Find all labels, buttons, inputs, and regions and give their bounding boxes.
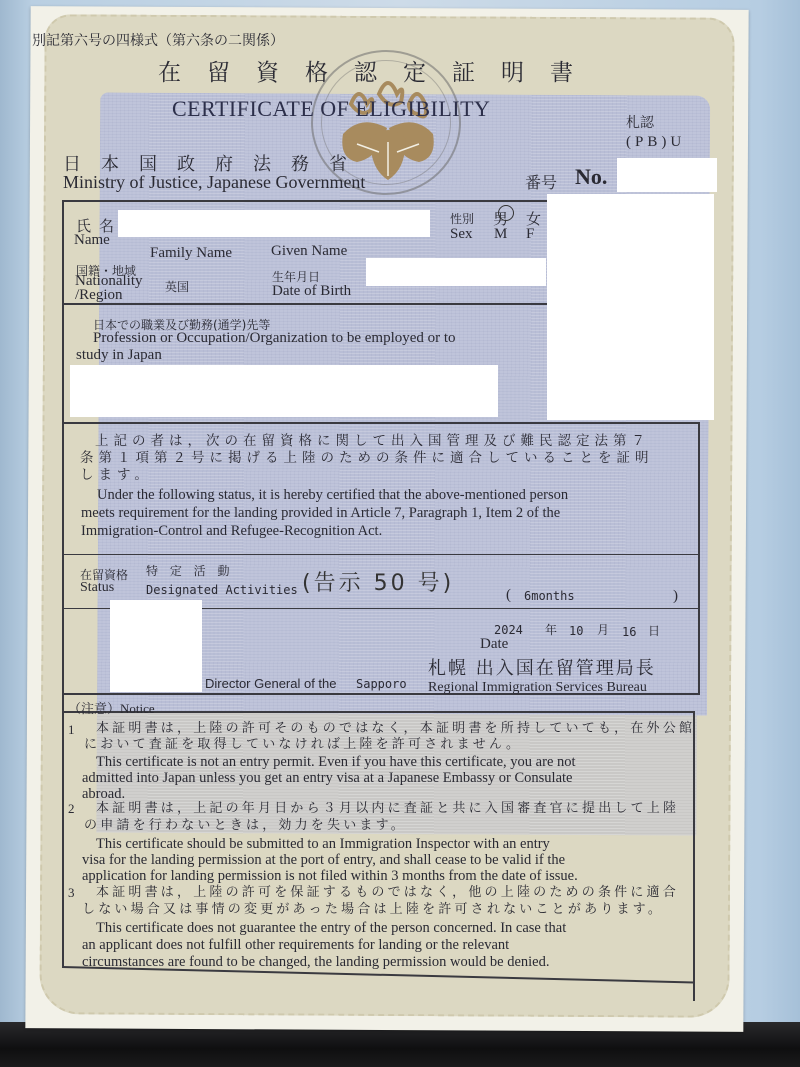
- divider-occupation: [62, 422, 700, 424]
- given-name-label: Given Name: [271, 243, 347, 260]
- notice-heading: （注意）Notice: [68, 698, 155, 717]
- status-label: Status: [80, 580, 114, 596]
- sex-option-female: F: [526, 226, 534, 243]
- period-open: (: [506, 587, 511, 604]
- notice-item-2-jp-2: の申請を行わないときは，効力を失います。: [84, 818, 407, 834]
- notice-item-1-jp-1: 本証明書は，上陸の許可そのものではなく，本証明書を所持していても，在外公館: [96, 721, 695, 737]
- notice-item-3-en-1: This certificate does not guarantee the …: [96, 920, 566, 936]
- issuer-code: (PB)U: [626, 134, 685, 151]
- certificate-number-redacted: [617, 158, 717, 192]
- sex-label: Sex: [450, 226, 473, 243]
- notice-item-1-number: 1: [68, 722, 75, 738]
- issue-month-label: 月: [597, 621, 609, 638]
- period-value: 6months: [524, 589, 575, 603]
- box-border-right: [698, 422, 700, 694]
- notice-item-2-number: 2: [68, 801, 75, 817]
- notice-border-top: [62, 711, 694, 713]
- divider-certification: [62, 554, 700, 555]
- issue-day-label: 日: [648, 622, 660, 639]
- notice-item-2-en-1: This certificate should be submitted to …: [96, 836, 550, 852]
- region-label: /Region: [75, 287, 123, 304]
- divider-personal: [62, 303, 548, 305]
- occupation-label: Profession or Occupation/Organization to…: [93, 330, 456, 347]
- notice-number: (告示 50 号): [302, 566, 454, 597]
- name-redacted: [118, 210, 430, 237]
- sex-option-male: M: [494, 226, 507, 243]
- signature-redacted: [110, 600, 202, 692]
- sex-label-jp: 性別: [450, 210, 474, 227]
- status-value-jp: 特 定 活 動: [146, 562, 233, 579]
- notice-item-3-en-2: an applicant does not fulfill other requ…: [82, 937, 509, 953]
- certification-jp-line-3: します。: [80, 467, 153, 484]
- notice-item-1-en-3: abroad.: [82, 786, 125, 802]
- box-border-top: [62, 200, 548, 202]
- ministry-english: Ministry of Justice, Japanese Government: [63, 172, 365, 193]
- notice-border-right: [693, 711, 695, 1001]
- notice-item-2-en-3: application for landing permission is no…: [82, 868, 578, 884]
- issuer-code-jp: 札認: [626, 112, 654, 132]
- notice-item-3-jp-1: 本証明書は，上陸の許可を保証するものではなく，他の上陸のための条件に適合: [96, 885, 679, 901]
- city-label: Sapporo: [356, 677, 407, 691]
- nationality-value: 英国: [165, 278, 189, 295]
- form-code: 別記第六号の四様式（第六条の二関係）: [32, 30, 284, 50]
- status-value: Designated Activities: [146, 583, 298, 597]
- photo-redacted: [547, 194, 714, 420]
- notice-item-2-jp-1: 本証明書は，上記の年月日から３月以内に査証と共に入国審査官に提出して上陸: [96, 801, 679, 817]
- issue-year: 2024: [494, 623, 523, 637]
- bureau-label: Regional Immigration Services Bureau: [428, 680, 647, 696]
- certification-jp-line-2: 条第１項第２号に掲げる上陸のための条件に適合していることを証明: [80, 450, 654, 467]
- certification-en-line-3: Immigration-Control and Refugee-Recognit…: [81, 522, 382, 540]
- dob-redacted: [366, 258, 546, 286]
- certification-en-line-2: meets requirement for the landing provid…: [81, 504, 560, 522]
- notice-item-1-en-2: admitted into Japan unless you get an en…: [82, 770, 572, 786]
- notice-item-3-number: 3: [68, 885, 75, 901]
- certification-en-line-1: Under the following status, it is hereby…: [97, 486, 568, 504]
- date-label: Date: [480, 636, 508, 653]
- notice-item-1-jp-2: において査証を取得していなければ上陸を許可されません。: [84, 737, 522, 753]
- certification-jp-line-1: 上記の者は，次の在留資格に関して出入国管理及び難民認定法第７: [95, 433, 650, 450]
- name-label: Name: [74, 232, 110, 249]
- title-english: CERTIFICATE OF ELIGIBILITY: [172, 96, 490, 122]
- family-name-label: Family Name: [150, 245, 232, 262]
- issue-day: 16: [622, 625, 636, 639]
- occupation-label-cont: study in Japan: [76, 347, 162, 364]
- number-label: No.: [575, 164, 607, 190]
- director-label: Director General of the: [205, 676, 337, 691]
- notice-border-left: [62, 694, 64, 968]
- sex-selected-circle: [498, 205, 514, 221]
- notice-item-1-en-1: This certificate is not an entry permit.…: [96, 754, 576, 770]
- issue-month: 10: [569, 624, 583, 638]
- bureau-jp: 札幌 出入国在留管理局長: [428, 654, 656, 680]
- notice-item-3-en-3: circumstances are found to be changed, t…: [82, 954, 549, 970]
- notice-item-2-en-2: visa for the landing permission at the p…: [82, 852, 565, 868]
- notice-item-3-jp-2: しない場合又は事情の変更があった場合は上陸を許可されないことがあります。: [82, 902, 664, 918]
- box-border-left: [62, 200, 64, 694]
- occupation-redacted: [70, 365, 498, 417]
- period-close: ): [673, 588, 678, 605]
- dob-label: Date of Birth: [272, 283, 351, 300]
- issue-year-label: 年: [545, 621, 557, 638]
- number-label-jp: 番号: [525, 170, 557, 193]
